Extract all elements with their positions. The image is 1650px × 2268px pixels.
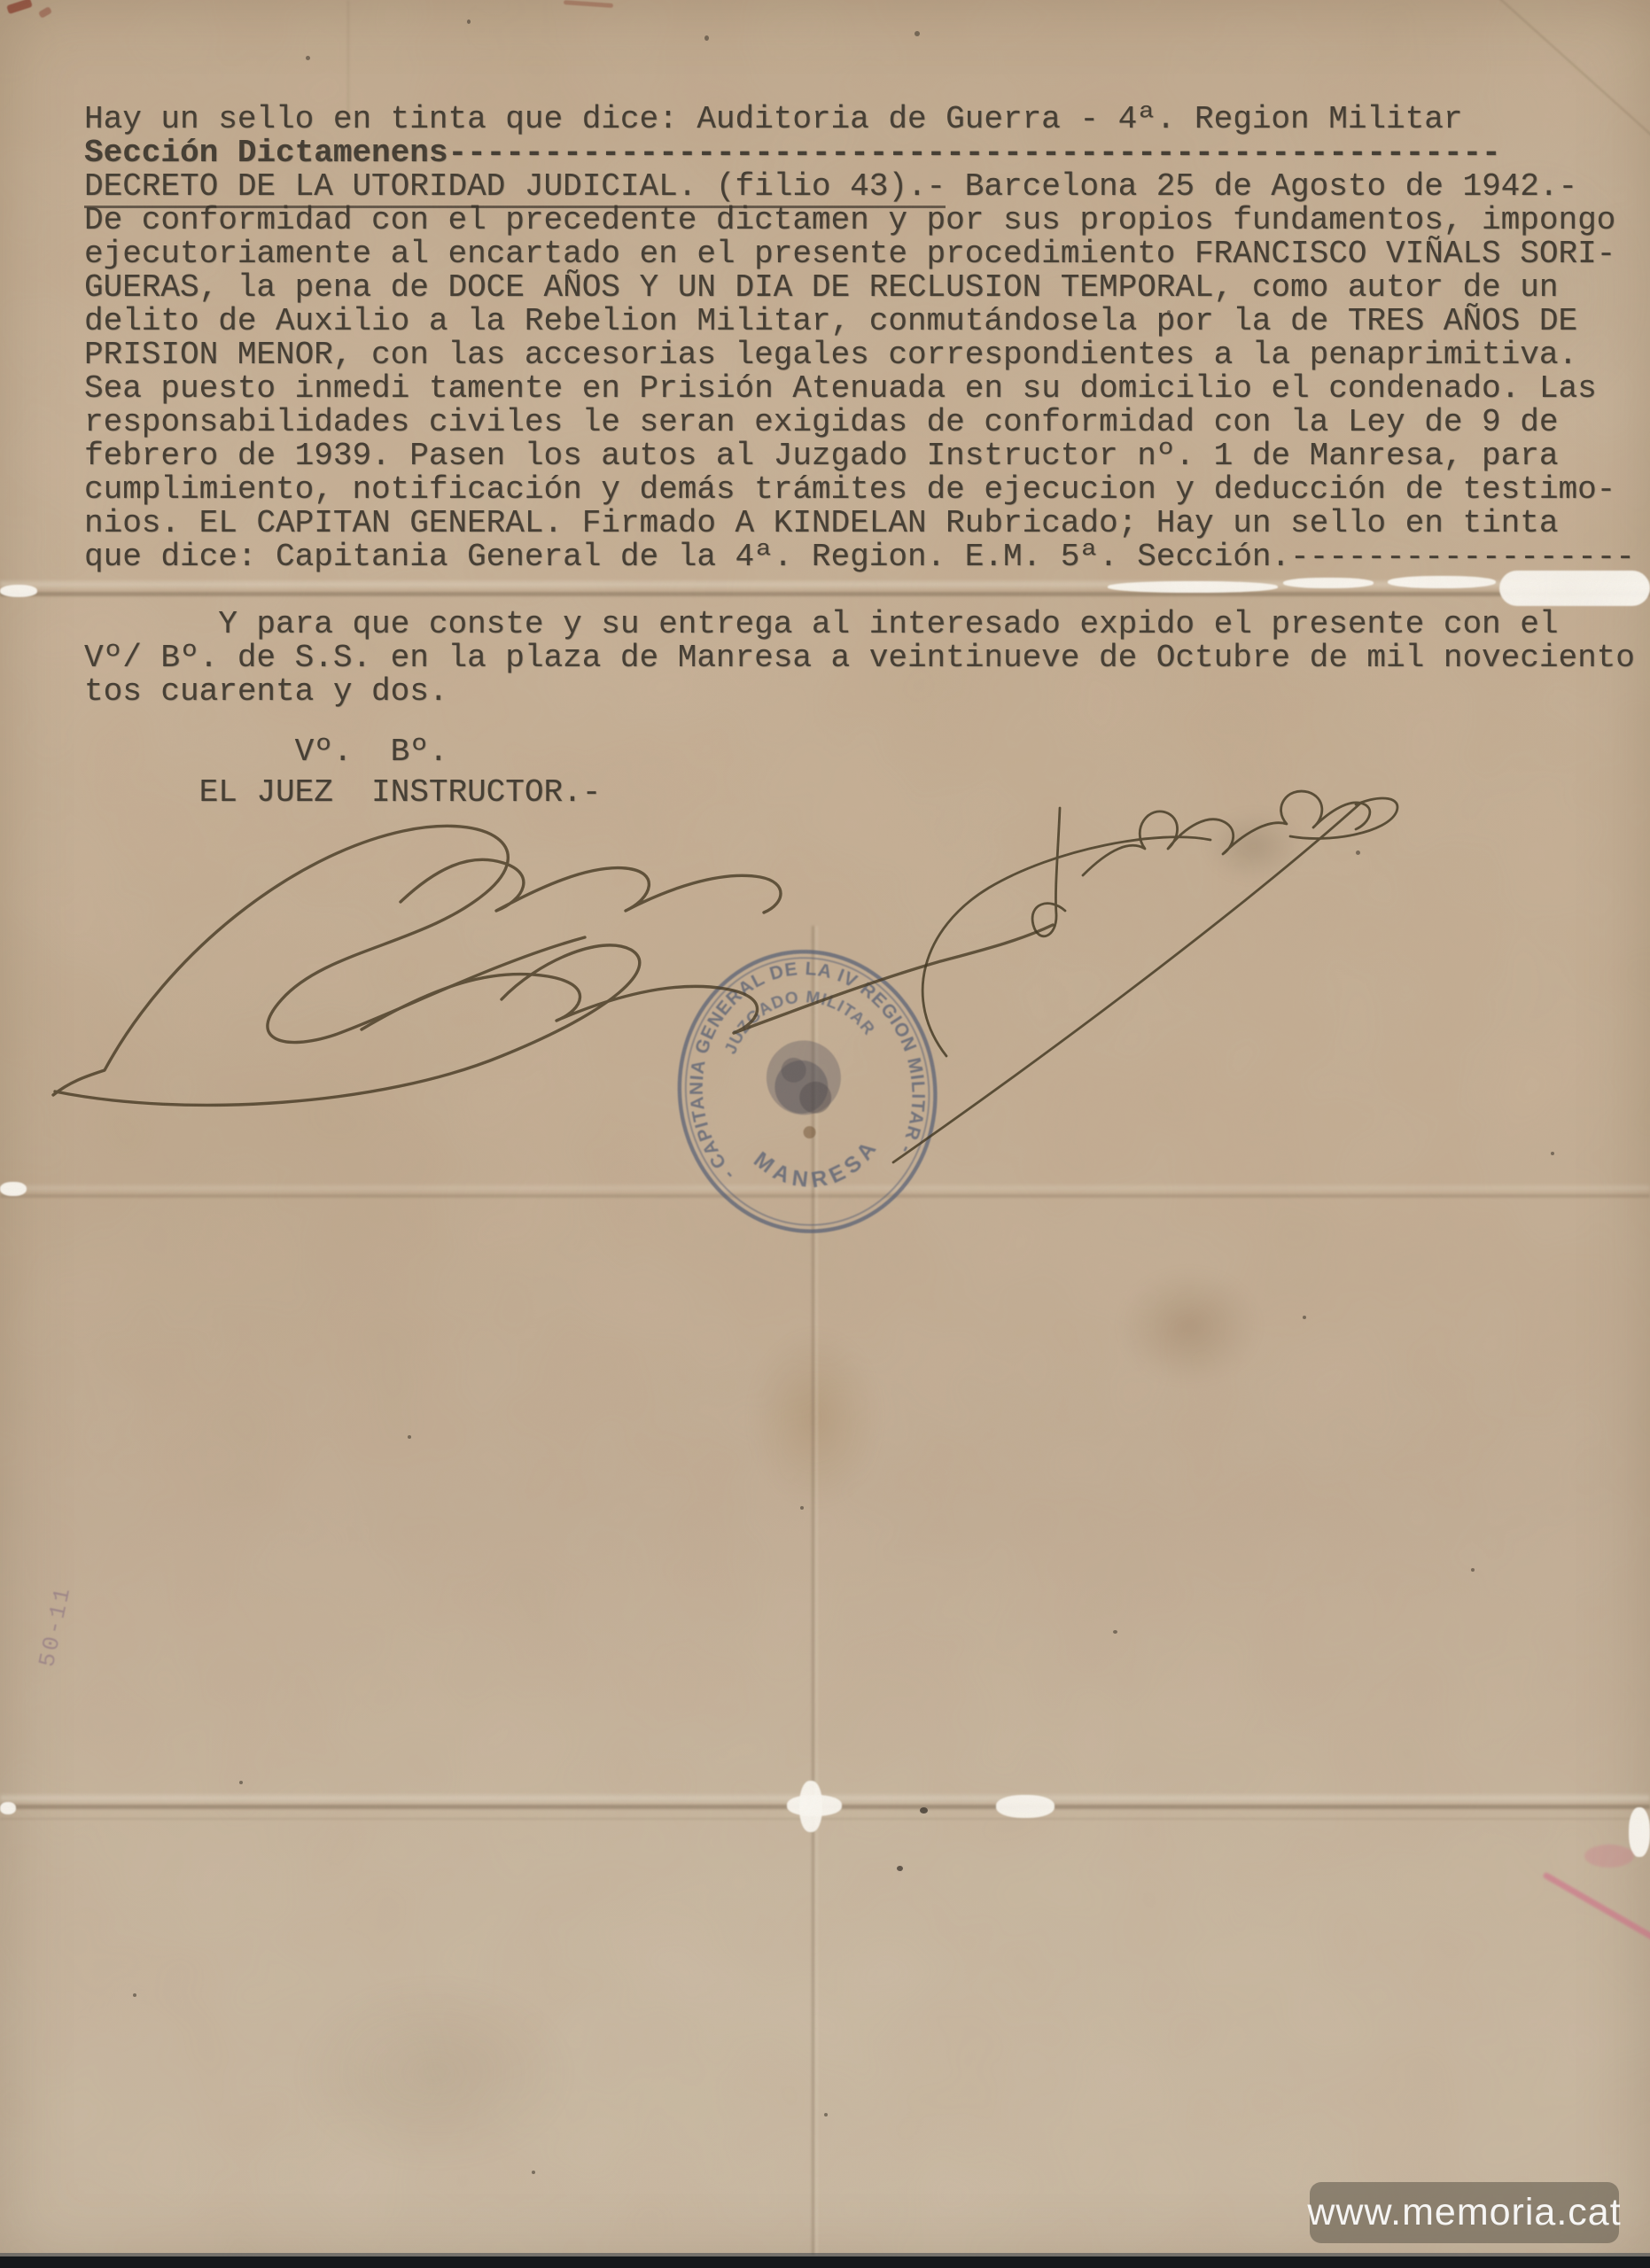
- paper-tear: [1283, 578, 1374, 588]
- fold-crease: [0, 1818, 1650, 1820]
- typed-line: Vº/ Bº. de S.S. en la plaza de Manresa a…: [84, 641, 1635, 675]
- ink-speck: [915, 31, 920, 36]
- typed-line: GUERAS, la pena de DOCE AÑOS Y UN DIA DE…: [84, 271, 1635, 305]
- watermark-badge: www.memoria.cat: [1310, 2182, 1619, 2243]
- ink-speck: [824, 2113, 828, 2117]
- stamp-bottom-text: MANRESA: [747, 1130, 890, 1201]
- ink-speck: [1113, 1630, 1117, 1634]
- typed-line: Sea puesto inmedi tamente en Prisión Ate…: [84, 372, 1635, 406]
- ink-speck: [897, 1866, 903, 1871]
- red-edge-mark: [6, 0, 33, 14]
- typed-line: responsabilidades civiles le seran exigi…: [84, 406, 1635, 439]
- paper-tear: [1108, 581, 1278, 593]
- typed-signature-caption: Vº. Bº. EL JUEZ INSTRUCTOR.-: [84, 732, 601, 813]
- typed-line: De conformidad con el precedente dictame…: [84, 204, 1635, 237]
- typed-line: tos cuarenta y dos.: [84, 675, 1635, 709]
- red-edge-mark: [38, 6, 52, 19]
- typed-line: que dice: Capitania General de la 4ª. Re…: [84, 540, 1635, 574]
- ink-speck: [467, 19, 471, 24]
- ink-speck: [800, 1506, 804, 1510]
- red-edge-mark: [564, 0, 613, 8]
- ink-speck: [704, 35, 709, 41]
- typed-line: febrero de 1939. Pasen los autos al Juzg…: [84, 439, 1635, 473]
- ink-speck: [1303, 1316, 1306, 1319]
- typed-line: ejecutoriamente al encartado en el prese…: [84, 237, 1635, 271]
- stain: [1205, 811, 1303, 882]
- ink-speck: [133, 1993, 136, 1997]
- typed-line: Sección Dictamenens---------------------…: [84, 136, 1635, 170]
- pink-crayon-mark: [1542, 1871, 1650, 1963]
- ink-speck: [1551, 1152, 1554, 1155]
- typed-line: DECRETO DE LA UTORIDAD JUDICIAL. (filio …: [84, 170, 1635, 204]
- typed-line-vobo: Vº. Bº.: [84, 732, 601, 773]
- typed-line: Hay un sello en tinta que dice: Auditori…: [84, 103, 1635, 136]
- ink-speck: [1167, 310, 1171, 314]
- typed-line-juez-instructor: EL JUEZ INSTRUCTOR.-: [84, 773, 601, 813]
- paper-tear: [996, 1795, 1055, 1818]
- official-stamp: - CAPITANIA GENERAL DE LA IV REGION MILI…: [650, 925, 963, 1256]
- vertical-crease: [347, 0, 349, 115]
- captain-general-signature: [893, 791, 1397, 1162]
- typed-line: delito de Auxilio a la Rebelion Militar,…: [84, 305, 1635, 338]
- fold-crease: [0, 592, 1650, 596]
- stain: [1118, 1269, 1260, 1384]
- ink-speck: [1471, 1568, 1475, 1572]
- ink-speck: [920, 1807, 928, 1814]
- typed-line: Y para que conste y su entrega al intere…: [84, 608, 1635, 641]
- typed-line: cumplimiento, notificación y demás trámi…: [84, 473, 1635, 507]
- stamp-center-emblem: [761, 1036, 849, 1144]
- paper-tear: [1499, 571, 1650, 606]
- ink-speck: [1356, 850, 1360, 855]
- ink-speck: [408, 1435, 411, 1439]
- svg-text:MANRESA: MANRESA: [747, 1130, 890, 1201]
- paper-tear: [0, 585, 37, 597]
- ink-speck: [306, 56, 310, 60]
- typed-line: nios. EL CAPITAN GENERAL. Firmado A KIND…: [84, 507, 1635, 540]
- paper-tear: [1388, 576, 1496, 588]
- scan-edge: [0, 2256, 1650, 2268]
- paper-tear: [799, 1781, 822, 1832]
- paper-tear: [0, 1802, 16, 1814]
- typed-line: PRISION MENOR, con las accesorias legale…: [84, 338, 1635, 372]
- pink-crayon-mark: [1584, 1845, 1634, 1868]
- paper-tear: [0, 1182, 27, 1196]
- ink-speck: [532, 2171, 535, 2174]
- typed-paragraph-decree: Hay un sello en tinta que dice: Auditori…: [84, 103, 1635, 574]
- ink-speck: [239, 1781, 243, 1784]
- paper-tear-notch: [1629, 1807, 1650, 1857]
- scanned-document-page: Hay un sello en tinta que dice: Auditori…: [0, 0, 1650, 2268]
- archive-margin-note: 50-11: [34, 1560, 82, 1670]
- typed-paragraph-closing: Y para que conste y su entrega al intere…: [84, 608, 1635, 709]
- stain: [292, 1976, 576, 2171]
- watermark-text: www.memoria.cat: [1307, 2191, 1621, 2234]
